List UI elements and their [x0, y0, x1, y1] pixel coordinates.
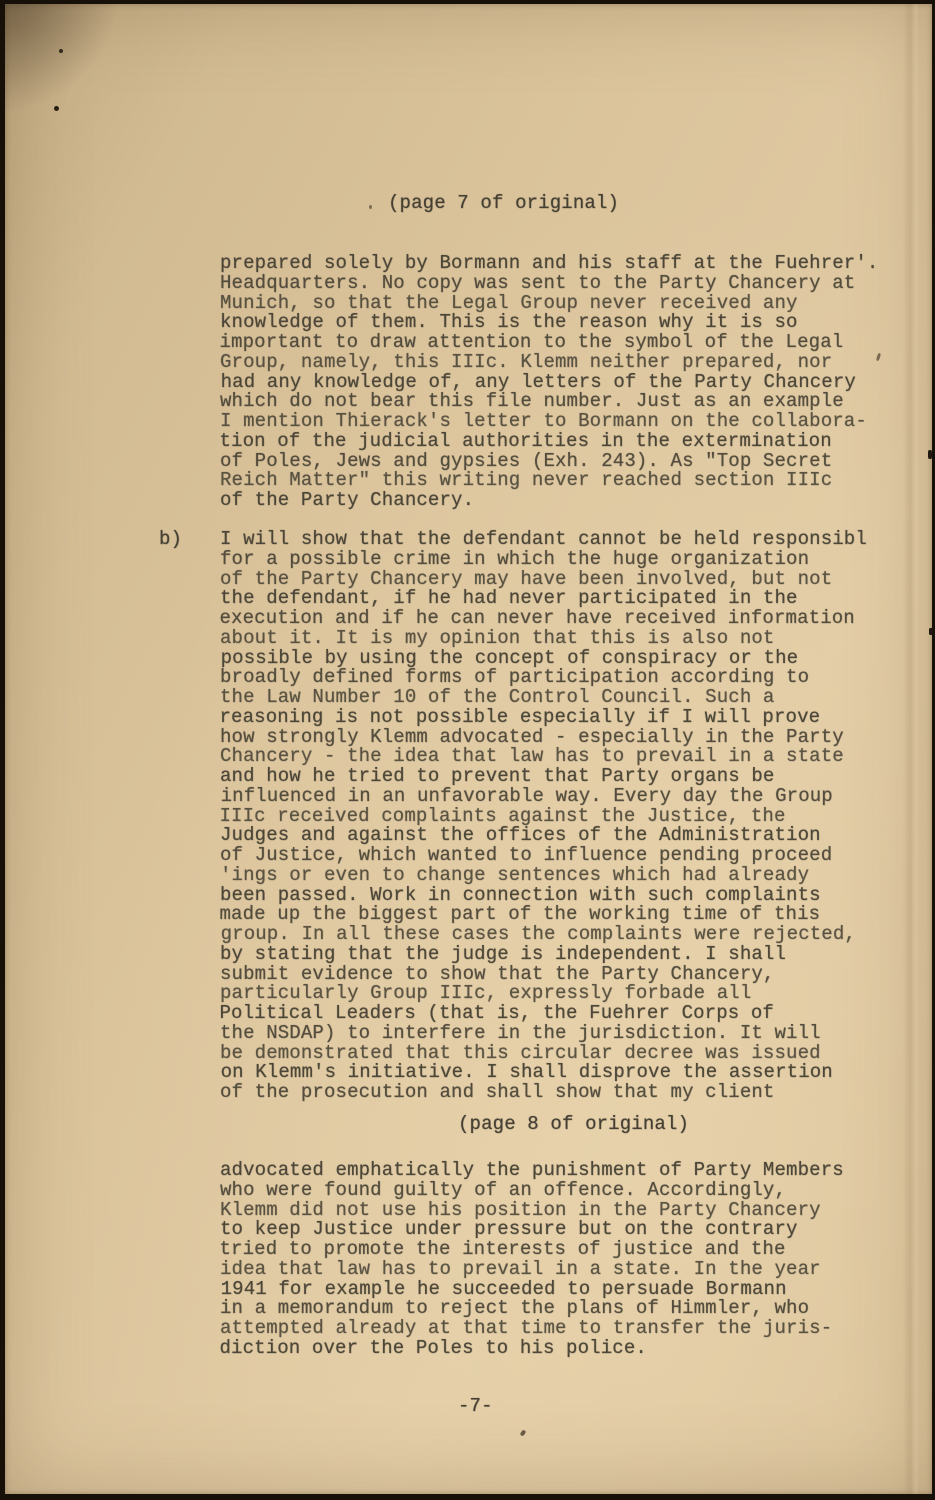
section-label-b: b): [159, 530, 182, 550]
text-line: the NSDAP) to interfere in the jurisdict…: [220, 1024, 867, 1044]
ink-speck: [369, 205, 372, 209]
text-line: important to draw attention to the symbo…: [220, 333, 878, 353]
paragraph-intro: prepared solely by Bormann and his staff…: [220, 254, 878, 511]
text-line: tried to promote the interests of justic…: [220, 1240, 844, 1260]
ink-speck: [54, 106, 59, 111]
scanned-document-page: { "page": { "header_page7": "(page 7 of …: [0, 0, 935, 1500]
text-line: by stating that the judge is independent…: [220, 945, 867, 965]
page-number-footer: -7-: [458, 1397, 493, 1417]
paragraph-continuation: advocated emphatically the punishment of…: [220, 1161, 844, 1359]
text-line: Headquarters. No copy was sent to the Pa…: [220, 274, 878, 294]
text-line: for a possible crime in which the huge o…: [220, 550, 867, 570]
typewritten-text-layer: (page 7 of original) prepared solely by …: [0, 0, 935, 1500]
scan-edge-mark: [929, 628, 933, 635]
text-line: execution and if he can never have recei…: [220, 609, 867, 629]
text-line: who were found guilty of an offence. Acc…: [220, 1181, 844, 1201]
scan-edge-mark: [928, 450, 932, 459]
text-line: of the prosecution and shall show that m…: [220, 1083, 867, 1103]
text-line: reasoning is not possible especially if …: [220, 708, 867, 728]
paragraph-b: I will show that the defendant cannot be…: [220, 530, 867, 1103]
text-line: advocated emphatically the punishment of…: [220, 1161, 844, 1181]
text-line: group. In all these cases the complaints…: [221, 925, 868, 945]
text-line: prepared solely by Bormann and his staff…: [220, 254, 878, 274]
text-line: tion of the judicial authorities in the …: [220, 432, 878, 452]
text-line: I will show that the defendant cannot be…: [220, 530, 867, 550]
ink-speck: [59, 49, 63, 53]
text-line: 'ings or even to change sentences which …: [220, 866, 867, 886]
text-line: diction over the Poles to his police.: [220, 1339, 844, 1359]
page7-of-original-heading: (page 7 of original): [388, 194, 619, 214]
text-line: of the Party Chancery.: [220, 491, 878, 511]
page8-of-original-heading: (page 8 of original): [458, 1115, 689, 1135]
text-line: Political Leaders (that is, the Fuehrer …: [220, 1004, 867, 1024]
text-line: of Justice, which wanted to influence pe…: [220, 846, 867, 866]
